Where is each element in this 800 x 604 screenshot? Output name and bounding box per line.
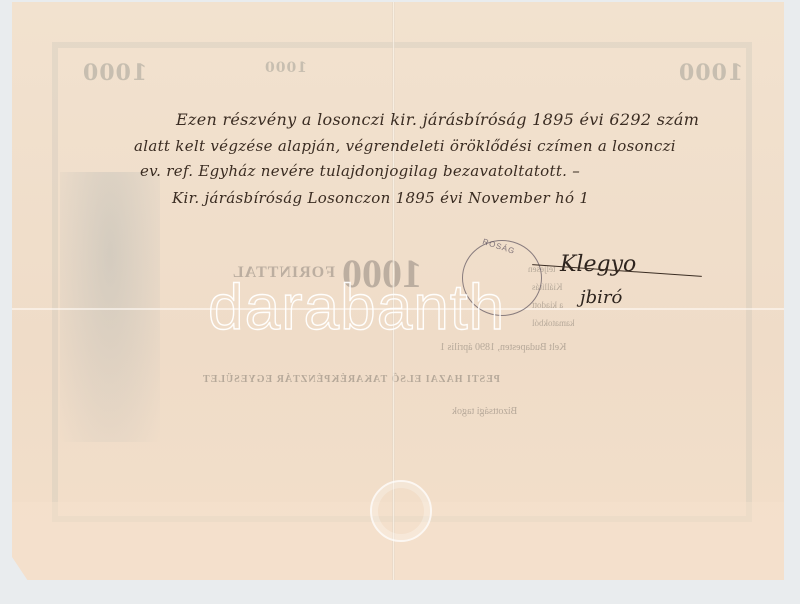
signature-judge: Klegyo — [560, 252, 636, 277]
endorsement-line-2: alatt kelt végzése alapján, végrendeleti… — [134, 137, 676, 155]
show-through-line: kamatokból — [532, 318, 575, 328]
show-through-issuer: PESTI HAZAI ELSŐ TAKARÉKPÉNZTÁR EGYESÜLE… — [202, 374, 500, 385]
darabanth-watermark: darabanth — [208, 270, 505, 344]
signature-title: jbiró — [580, 287, 622, 308]
endorsement-line-1: Ezen részvény a losonczi kir. járásbírós… — [176, 110, 699, 129]
show-through-line: Bizottsági tagok — [452, 406, 517, 417]
embossed-dry-seal — [370, 480, 432, 542]
endorsement-line-4: Kir. járásbíróság Losonczon 1895 évi Nov… — [172, 189, 589, 207]
document-paper: 1000 1000 1000 1000 FORINTTAL PESTI HAZA… — [12, 2, 784, 580]
show-through-number-right: 1000 — [678, 60, 743, 86]
endorsement-line-3: ev. ref. Egyház nevére tulajdonjogilag b… — [140, 162, 580, 180]
show-through-number-center: 1000 — [264, 60, 307, 76]
show-through-number-left: 1000 — [82, 60, 147, 86]
show-through-statue-illustration — [60, 172, 160, 442]
